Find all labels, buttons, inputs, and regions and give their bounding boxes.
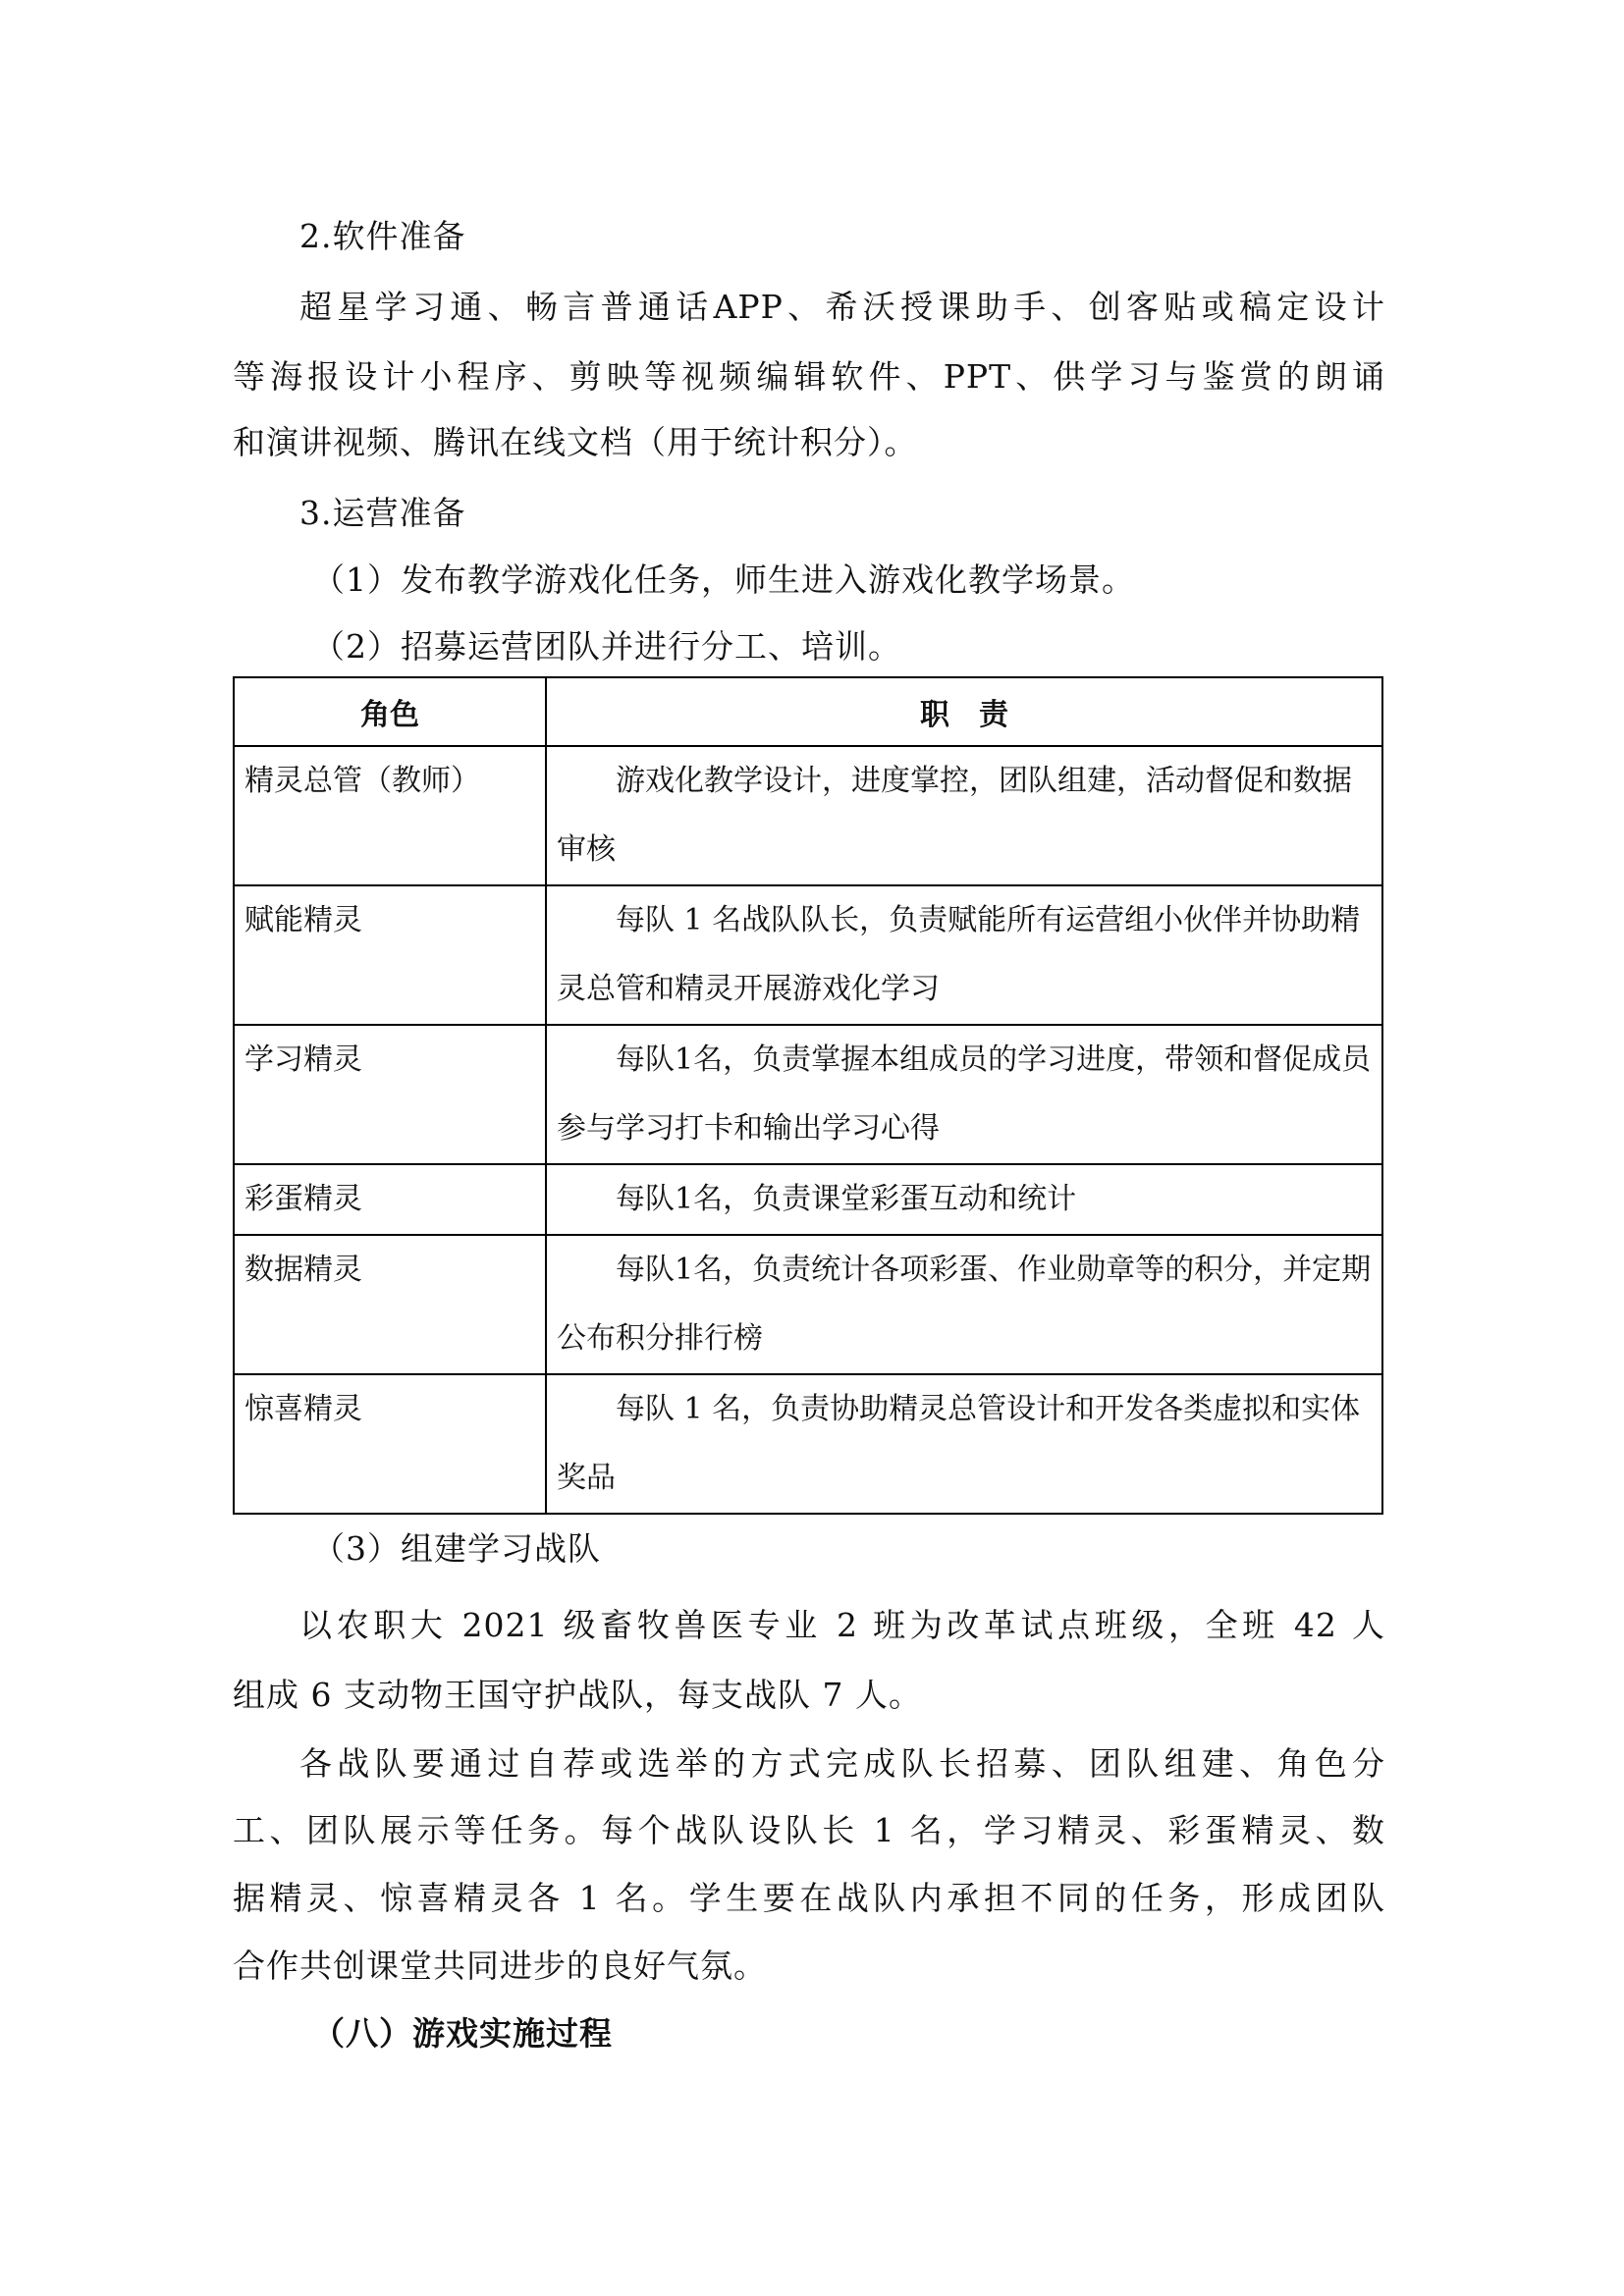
header-duty: 职 责 bbox=[546, 677, 1382, 746]
team-paragraph2-line: 据精灵、惊喜精灵各 1 名。学生要在战队内承担不同的任务，形成团队 bbox=[233, 1879, 1385, 1918]
team-paragraph2-line: 合作共创课堂共同进步的良好气氛。 bbox=[233, 1947, 767, 1986]
role-cell: 赋能精灵 bbox=[234, 885, 546, 1025]
ops-item-1: （1）发布教学游戏化任务，师生进入游戏化教学场景。 bbox=[312, 561, 1135, 600]
table-row: 数据精灵每队1名，负责统计各项彩蛋、作业勋章等的积分，并定期公布积分排行榜 bbox=[234, 1235, 1382, 1374]
table-row: 彩蛋精灵每队1名，负责课堂彩蛋互动和统计 bbox=[234, 1164, 1382, 1235]
software-heading: 2.软件准备 bbox=[299, 217, 466, 256]
table-row: 惊喜精灵每队 1 名，负责协助精灵总管设计和开发各类虚拟和实体奖品 bbox=[234, 1374, 1382, 1514]
table-header-row: 角色 职 责 bbox=[234, 677, 1382, 746]
role-cell: 惊喜精灵 bbox=[234, 1374, 546, 1514]
table-row: 赋能精灵每队 1 名战队队长，负责赋能所有运营组小伙伴并协助精灵总管和精灵开展游… bbox=[234, 885, 1382, 1025]
role-cell: 学习精灵 bbox=[234, 1025, 546, 1164]
team-paragraph2-line: 工、团队展示等任务。每个战队设队长 1 名，学习精灵、彩蛋精灵、数 bbox=[233, 1811, 1385, 1850]
software-paragraph-line: 和演讲视频、腾讯在线文档（用于统计积分）。 bbox=[233, 423, 918, 462]
ops-item-3: （3）组建学习战队 bbox=[312, 1529, 601, 1569]
section-8-heading: （八）游戏实施过程 bbox=[312, 2014, 613, 2054]
table-row: 精灵总管（教师）游戏化教学设计，进度掌控，团队组建，活动督促和数据审核 bbox=[234, 746, 1382, 885]
ops-item-2: （2）招募运营团队并进行分工、培训。 bbox=[312, 627, 901, 667]
duty-cell: 每队 1 名，负责协助精灵总管设计和开发各类虚拟和实体奖品 bbox=[546, 1374, 1382, 1514]
header-role: 角色 bbox=[234, 677, 546, 746]
ops-heading: 3.运营准备 bbox=[299, 494, 466, 533]
duty-cell: 每队1名，负责统计各项彩蛋、作业勋章等的积分，并定期公布积分排行榜 bbox=[546, 1235, 1382, 1374]
duty-cell: 每队1名，负责课堂彩蛋互动和统计 bbox=[546, 1164, 1382, 1235]
duty-cell: 每队 1 名战队队长，负责赋能所有运营组小伙伴并协助精灵总管和精灵开展游戏化学习 bbox=[546, 885, 1382, 1025]
table-row: 学习精灵每队1名，负责掌握本组成员的学习进度，带领和督促成员参与学习打卡和输出学… bbox=[234, 1025, 1382, 1164]
role-cell: 彩蛋精灵 bbox=[234, 1164, 546, 1235]
software-paragraph-line: 等海报设计小程序、剪映等视频编辑软件、PPT、供学习与鉴赏的朗诵 bbox=[233, 357, 1385, 397]
role-cell: 数据精灵 bbox=[234, 1235, 546, 1374]
duty-cell: 游戏化教学设计，进度掌控，团队组建，活动督促和数据审核 bbox=[546, 746, 1382, 885]
team-paragraph-line: 以农职大 2021 级畜牧兽医专业 2 班为改革试点班级，全班 42 人 bbox=[299, 1606, 1385, 1645]
role-cell: 精灵总管（教师） bbox=[234, 746, 546, 885]
software-paragraph-line: 超星学习通、畅言普通话APP、希沃授课助手、创客贴或稿定设计 bbox=[299, 288, 1385, 327]
team-paragraph-line: 组成 6 支动物王国守护战队，每支战队 7 人。 bbox=[233, 1676, 922, 1715]
team-paragraph2-line: 各战队要通过自荐或选举的方式完成队长招募、团队组建、角色分 bbox=[299, 1744, 1385, 1784]
roles-table: 角色 职 责 精灵总管（教师）游戏化教学设计，进度掌控，团队组建，活动督促和数据… bbox=[233, 676, 1383, 1515]
duty-cell: 每队1名，负责掌握本组成员的学习进度，带领和督促成员参与学习打卡和输出学习心得 bbox=[546, 1025, 1382, 1164]
